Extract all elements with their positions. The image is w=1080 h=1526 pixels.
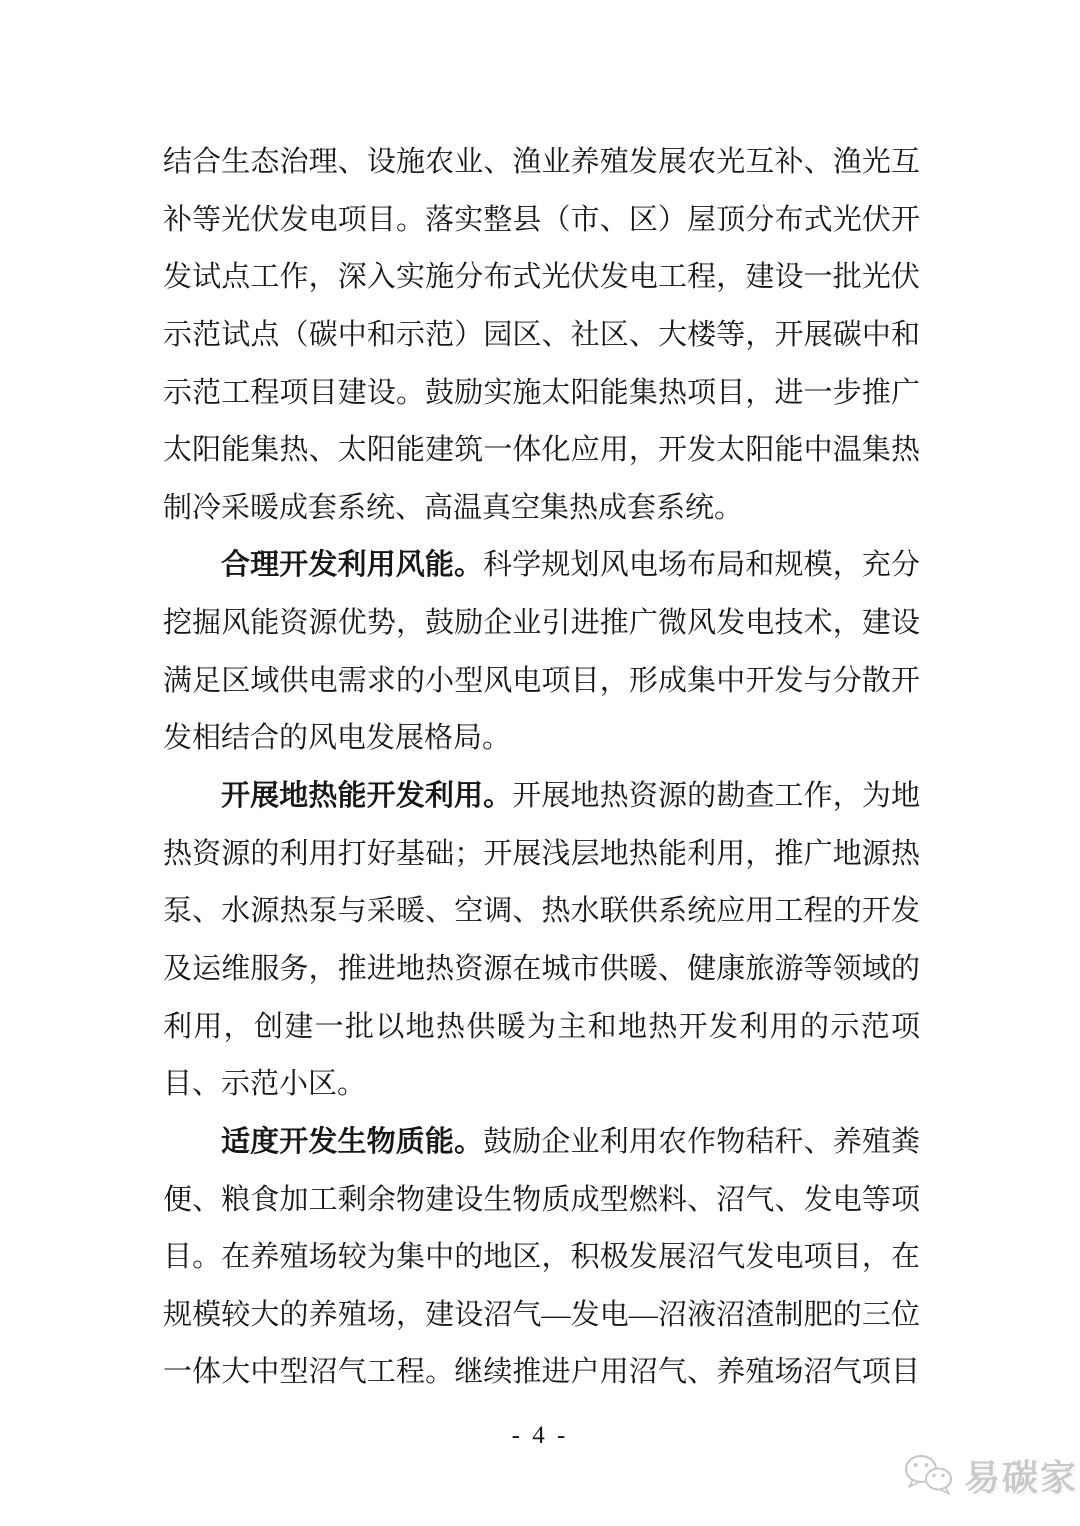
text-line: 热资源的利用打好基础；开展浅层地热能利用，推广地源热 <box>163 826 920 884</box>
text-line: 制冷采暖成套系统、高温真空集热成套系统。 <box>163 480 920 538</box>
paragraph-lead: 开展地热能开发利用。 <box>221 780 512 812</box>
line-text: 示范试点（碳中和示范）园区、社区、大楼等，开展碳中和 <box>163 319 920 351</box>
text-line: 合理开发利用风能。科学规划风电场布局和规模，充分 <box>163 537 920 595</box>
text-line: 示范试点（碳中和示范）园区、社区、大楼等，开展碳中和 <box>163 307 920 365</box>
line-text: 太阳能集热、太阳能建筑一体化应用，开发太阳能中温集热 <box>163 434 920 466</box>
line-text: 挖掘风能资源优势，鼓励企业引进推广微风发电技术，建设 <box>163 607 920 639</box>
text-line: 利用，创建一批以地热供暖为主和地热开发利用的示范项 <box>163 999 920 1057</box>
line-text: 规模较大的养殖场，建设沼气—发电—沼液沼渣制肥的三位 <box>163 1299 920 1331</box>
line-text: 及运维服务，推进地热资源在城市供暖、健康旅游等领域的 <box>163 953 920 985</box>
text-line: 及运维服务，推进地热资源在城市供暖、健康旅游等领域的 <box>163 941 920 999</box>
text-line: 目、示范小区。 <box>163 1056 920 1114</box>
page-number: - 4 - <box>0 1422 1080 1450</box>
document-page: 结合生态治理、设施农业、渔业养殖发展农光互补、渔光互补等光伏发电项目。落实整县（… <box>0 0 1080 1526</box>
text-line: 补等光伏发电项目。落实整县（市、区）屋顶分布式光伏开 <box>163 192 920 250</box>
text-line: 发试点工作，深入实施分布式光伏发电工程，建设一批光伏 <box>163 249 920 307</box>
line-text: 目、示范小区。 <box>163 1068 366 1100</box>
text-line: 挖掘风能资源优势，鼓励企业引进推广微风发电技术，建设 <box>163 595 920 653</box>
text-line: 一体大中型沼气工程。继续推进户用沼气、养殖场沼气项目 <box>163 1344 920 1402</box>
wechat-icon <box>903 1453 955 1499</box>
line-text: 结合生态治理、设施农业、渔业养殖发展农光互补、渔光互 <box>163 146 920 178</box>
watermark: 易碳家 <box>903 1450 1078 1501</box>
text-line: 太阳能集热、太阳能建筑一体化应用，开发太阳能中温集热 <box>163 422 920 480</box>
paragraph-lead: 合理开发利用风能。 <box>221 549 483 581</box>
text-line: 满足区域供电需求的小型风电项目，形成集中开发与分散开 <box>163 653 920 711</box>
line-text: 制冷采暖成套系统、高温真空集热成套系统。 <box>163 492 743 524</box>
line-text: 发试点工作，深入实施分布式光伏发电工程，建设一批光伏 <box>163 261 920 293</box>
paragraph-lead: 适度开发生物质能。 <box>221 1126 483 1158</box>
line-text: 开展地热资源的勘查工作，为地 <box>512 780 920 812</box>
text-line: 泵、水源热泵与采暖、空调、热水联供系统应用工程的开发 <box>163 883 920 941</box>
line-text: 利用，创建一批以地热供暖为主和地热开发利用的示范项 <box>163 1011 920 1043</box>
watermark-brand: 易碳家 <box>964 1450 1078 1501</box>
text-line: 目。在养殖场较为集中的地区，积极发展沼气发电项目，在 <box>163 1229 920 1287</box>
text-line: 示范工程项目建设。鼓励实施太阳能集热项目，进一步推广 <box>163 365 920 423</box>
line-text: 发相结合的风电发展格局。 <box>163 722 511 754</box>
line-text: 泵、水源热泵与采暖、空调、热水联供系统应用工程的开发 <box>163 895 920 927</box>
line-text: 科学规划风电场布局和规模，充分 <box>483 549 920 581</box>
text-line: 结合生态治理、设施农业、渔业养殖发展农光互补、渔光互 <box>163 134 920 192</box>
line-text: 目。在养殖场较为集中的地区，积极发展沼气发电项目，在 <box>163 1241 920 1273</box>
text-line: 适度开发生物质能。鼓励企业利用农作物秸秆、养殖粪 <box>163 1114 920 1172</box>
text-line: 开展地热能开发利用。开展地热资源的勘查工作，为地 <box>163 768 920 826</box>
line-text: 一体大中型沼气工程。继续推进户用沼气、养殖场沼气项目 <box>163 1356 920 1388</box>
line-text: 热资源的利用打好基础；开展浅层地热能利用，推广地源热 <box>163 838 920 870</box>
line-text: 便、粮食加工剩余物建设生物质成型燃料、沼气、发电等项 <box>163 1184 920 1216</box>
line-text: 满足区域供电需求的小型风电项目，形成集中开发与分散开 <box>163 665 920 697</box>
line-text: 鼓励企业利用农作物秸秆、养殖粪 <box>483 1126 920 1158</box>
line-text: 补等光伏发电项目。落实整县（市、区）屋顶分布式光伏开 <box>163 204 920 236</box>
text-line: 规模较大的养殖场，建设沼气—发电—沼液沼渣制肥的三位 <box>163 1287 920 1345</box>
text-line: 便、粮食加工剩余物建设生物质成型燃料、沼气、发电等项 <box>163 1172 920 1230</box>
line-text: 示范工程项目建设。鼓励实施太阳能集热项目，进一步推广 <box>163 377 920 409</box>
document-body: 结合生态治理、设施农业、渔业养殖发展农光互补、渔光互补等光伏发电项目。落实整县（… <box>163 134 920 1402</box>
text-line: 发相结合的风电发展格局。 <box>163 710 920 768</box>
